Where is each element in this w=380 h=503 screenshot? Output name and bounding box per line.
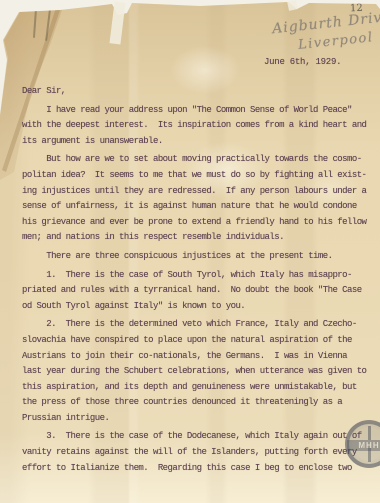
letter-line: I have read your address upon "The Commo… [22,103,374,119]
handwritten-address-line2: Liverpool [297,30,374,53]
letter-line: ing injustices until they are redressed.… [22,184,374,200]
letter-line: 3. There is the case of the Dodecanese, … [22,429,374,445]
letter-line: last year during the Schubert celebratio… [22,364,374,380]
letter-line: with the deepest interest. Its inspirati… [22,118,374,134]
letter-line: But how are we to set about moving pract… [22,152,374,168]
letter-line: this aspiration, and its depth and genui… [22,380,374,396]
salutation: Dear Sir, [22,84,374,100]
letter-line: the press of those three countries denou… [22,395,374,411]
paragraph: 2. There is the determined veto which Fr… [22,317,374,426]
letter-body: Dear Sir, I have read your address upon … [22,84,374,476]
letter-line: vanity retains against the will of the I… [22,445,374,461]
paragraph: 1. There is the case of South Tyrol, whi… [22,268,374,315]
letter-line: effort to Italianize them. Regarding thi… [22,461,374,477]
letter-line: Prussian intrigue. [22,411,374,427]
paragraph: 3. There is the case of the Dodecanese, … [22,429,374,476]
letter-paragraphs: I have read your address upon "The Commo… [22,103,374,477]
stamp-vertical-bar [368,448,371,462]
letter-line: od South Tyrol against Italy" is known t… [22,299,374,315]
letter-line: 2. There is the determined veto which Fr… [22,317,374,333]
letter-line: its argument is unanswerable. [22,134,374,150]
letter-line: men; and nations in this respect resembl… [22,230,374,246]
letter-line: his grievance and ever be prone to exten… [22,215,374,231]
letter-date: June 6th, 1929. [264,57,341,67]
scanned-letter: 12 Aigburth Drive Liverpool June 6th, 19… [0,0,380,503]
stamp-vertical-bar [368,426,371,440]
letter-line: Austrians to join their co-nationals, th… [22,349,374,365]
letter-line: politan idea? It seems to me that we mus… [22,168,374,184]
paragraph: I have read your address upon "The Commo… [22,103,374,150]
letter-line: priated and rules with a tyrranical hand… [22,283,374,299]
paragraph: But how are we to set about moving pract… [22,152,374,246]
stamp-letters: MHH [347,440,380,451]
letter-line: 1. There is the case of South Tyrol, whi… [22,268,374,284]
letter-line: There are three conspicuous injustices a… [22,249,374,265]
letter-line: sense of unfairness, it is against human… [22,199,374,215]
letter-line: slovachia have conspired to place upon t… [22,333,374,349]
paper-tear [287,0,298,11]
letter-paper: 12 Aigburth Drive Liverpool June 6th, 19… [0,0,380,503]
paragraph: There are three conspicuous injustices a… [22,249,374,265]
